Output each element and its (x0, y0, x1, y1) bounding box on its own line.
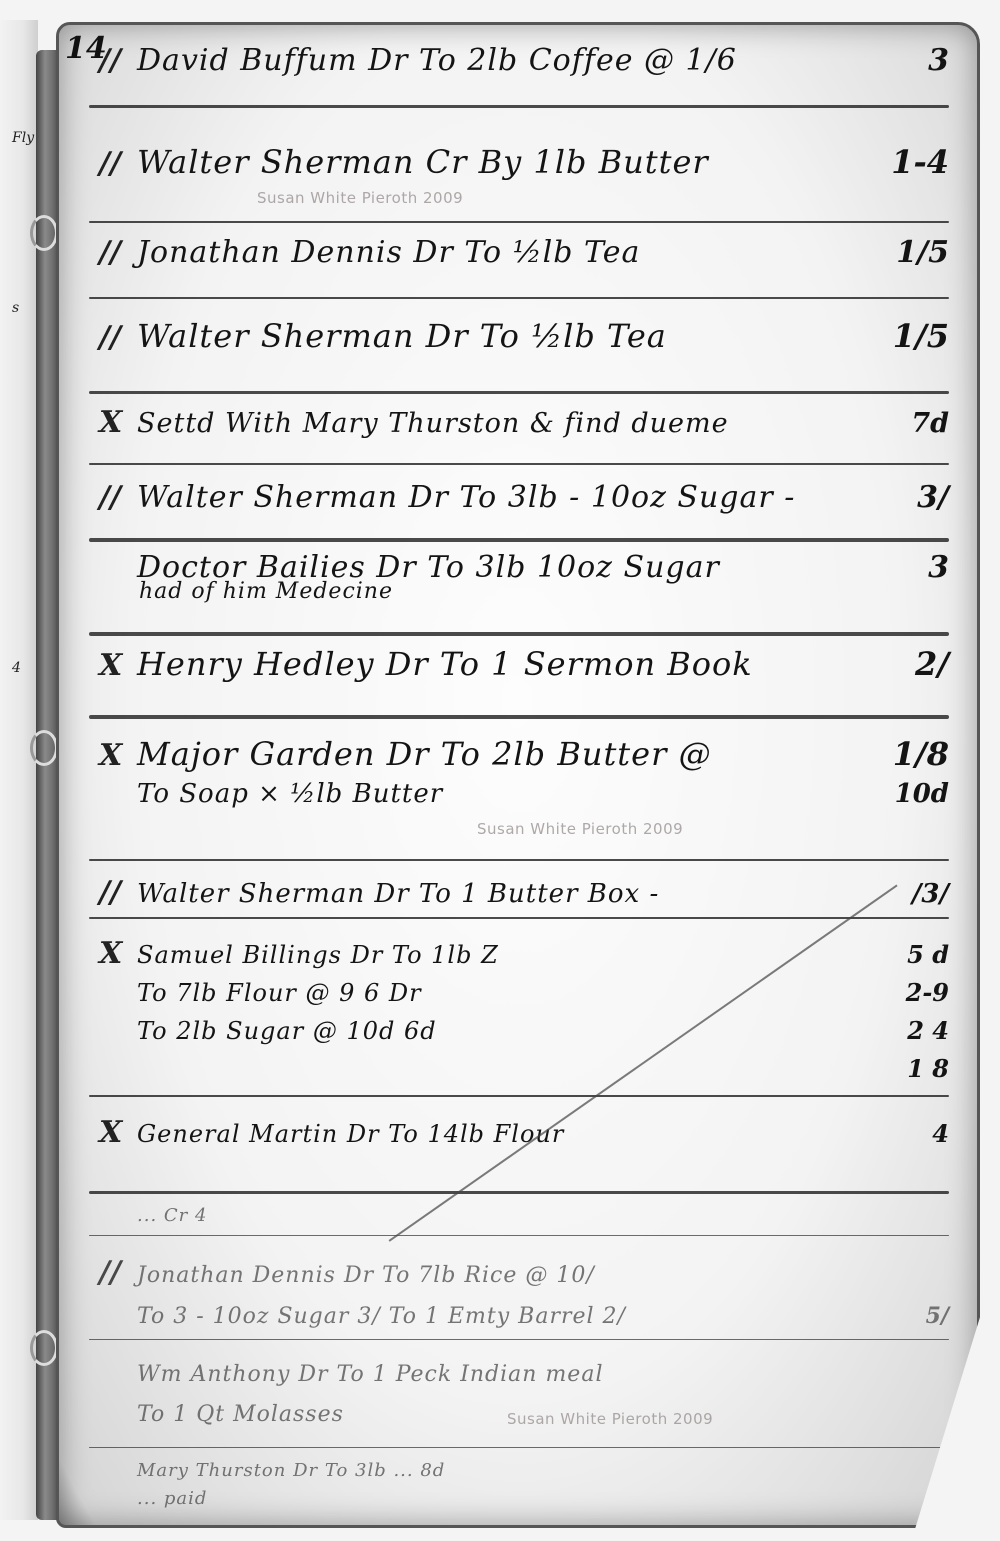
entry-subline: To Soap × ½lb Butter (137, 779, 879, 809)
entry-mark: // (99, 146, 137, 181)
ledger-entry: // Walter Sherman Cr By 1lb Butter 1-4 (99, 143, 949, 181)
watermark: Susan White Pieroth 2009 (507, 1410, 713, 1428)
ledger-entry: X Samuel Billings Dr To 1lb Z 5 d To 7lb… (99, 935, 949, 1088)
entry-amount: 7d (879, 408, 949, 439)
entry-subline: To 7lb Flour @ 9 6 Dr (137, 974, 879, 1012)
entry-text: Walter Sherman Dr To 3lb - 10oz Sugar - (137, 480, 879, 515)
entry-text: Jonathan Dennis Dr To 7lb Rice @ 10/ (137, 1256, 879, 1296)
binding-thread (30, 1330, 58, 1366)
entry-amount: 2/ (879, 645, 949, 683)
entry-text: Mary Thurston Dr To 3lb ... 8d (137, 1457, 879, 1485)
ledger-entry: X Settd With Mary Thurston & find dueme … (99, 405, 949, 440)
entry-text: Henry Hedley Dr To 1 Sermon Book (137, 645, 879, 683)
entry-subline: To 3 - 10oz Sugar 3/ To 1 Emty Barrel 2/ (137, 1297, 879, 1337)
entry-amount: 5/ (879, 1296, 949, 1336)
entry-mark: X (99, 738, 137, 773)
entry-amount: 1 8 (879, 1050, 949, 1088)
entry-text: Wm Anthony Dr To 1 Peck Indian meal (137, 1355, 879, 1395)
binding-thread (30, 730, 58, 766)
watermark: Susan White Pieroth 2009 (257, 189, 463, 207)
entry-text: David Buffum Dr To 2lb Coffee @ 1/6 (137, 43, 879, 78)
entry-text: Jonathan Dennis Dr To ½lb Tea (137, 235, 879, 270)
entry-subline: To 2lb Sugar @ 10d 6d (137, 1012, 879, 1050)
entry-amount: 2-9 (879, 974, 949, 1012)
entry-amount: 2 4 (879, 1012, 949, 1050)
entry-amount: 1/8 (879, 735, 949, 773)
adjacent-left-page: Fly s 4 (0, 20, 38, 1520)
left-page-margin-mark: Fly (12, 130, 34, 146)
entry-mark: // (99, 875, 137, 910)
watermark: Susan White Pieroth 2009 (477, 820, 683, 838)
ledger-entry: // Walter Sherman Dr To 3lb - 10oz Sugar… (99, 480, 949, 515)
ledger-entry: ... Cr 4 (99, 1205, 949, 1226)
entry-subline: had of him Medecine (139, 579, 949, 604)
entry-amount: 3/ (879, 480, 949, 515)
ledger-entry: X Henry Hedley Dr To 1 Sermon Book 2/ (99, 645, 949, 683)
entry-mark: X (99, 1115, 137, 1150)
entry-amount: 1/5 (879, 317, 949, 355)
entry-amount: 10d (879, 779, 949, 809)
entry-mark: X (99, 935, 137, 973)
entry-mark: // (99, 235, 137, 270)
entry-mark: X (99, 648, 137, 683)
entry-text: Walter Sherman Dr To 1 Butter Box - (137, 879, 879, 909)
entry-mark: // (99, 43, 137, 78)
ledger-entry: // Walter Sherman Dr To ½lb Tea 1/5 (99, 317, 949, 355)
entry-amount: 4 (879, 1119, 949, 1148)
entry-amount: 5 d (879, 936, 949, 974)
ledger-entry: X Major Garden Dr To 2lb Butter @ 1/8 To… (99, 735, 949, 809)
entry-subline: ... paid (137, 1485, 879, 1513)
entry-text: Samuel Billings Dr To 1lb Z (137, 936, 879, 974)
entry-mark: X (99, 405, 137, 440)
ledger-entry: Mary Thurston Dr To 3lb ... 8d ... paid (99, 1457, 949, 1513)
entry-text: ... Cr 4 (137, 1205, 879, 1226)
entry-amount: /3/ (879, 879, 949, 909)
entry-amount: 3 (879, 43, 949, 78)
entry-text: Major Garden Dr To 2lb Butter @ (137, 735, 879, 773)
binding-thread (30, 215, 58, 251)
entry-amount: 1-4 (879, 143, 949, 181)
entry-text: Walter Sherman Cr By 1lb Butter (137, 143, 879, 181)
ledger-entry: // Jonathan Dennis Dr To ½lb Tea 1/5 (99, 235, 949, 270)
entry-mark: // (99, 1253, 137, 1293)
ledger-page: 14 // David Buffum Dr To 2lb Coffee @ 1/… (56, 22, 980, 1528)
entry-mark: // (99, 320, 137, 355)
entry-amount: 1/5 (879, 235, 949, 270)
ledger-entry: // David Buffum Dr To 2lb Coffee @ 1/6 3 (99, 43, 949, 78)
ledger-entry: Doctor Bailies Dr To 3lb 10oz Sugar 3 ha… (99, 550, 949, 604)
left-page-margin-mark: s (12, 300, 19, 316)
entry-text: General Martin Dr To 14lb Flour (137, 1120, 879, 1148)
ledger-entry: // Walter Sherman Dr To 1 Butter Box - /… (99, 875, 949, 910)
entry-mark: // (99, 480, 137, 515)
left-page-margin-mark: 4 (12, 660, 21, 676)
ledger-entry: // Jonathan Dennis Dr To 7lb Rice @ 10/ … (99, 1253, 949, 1337)
entry-text: Settd With Mary Thurston & find dueme (137, 408, 879, 439)
entry-text: Walter Sherman Dr To ½lb Tea (137, 317, 879, 355)
